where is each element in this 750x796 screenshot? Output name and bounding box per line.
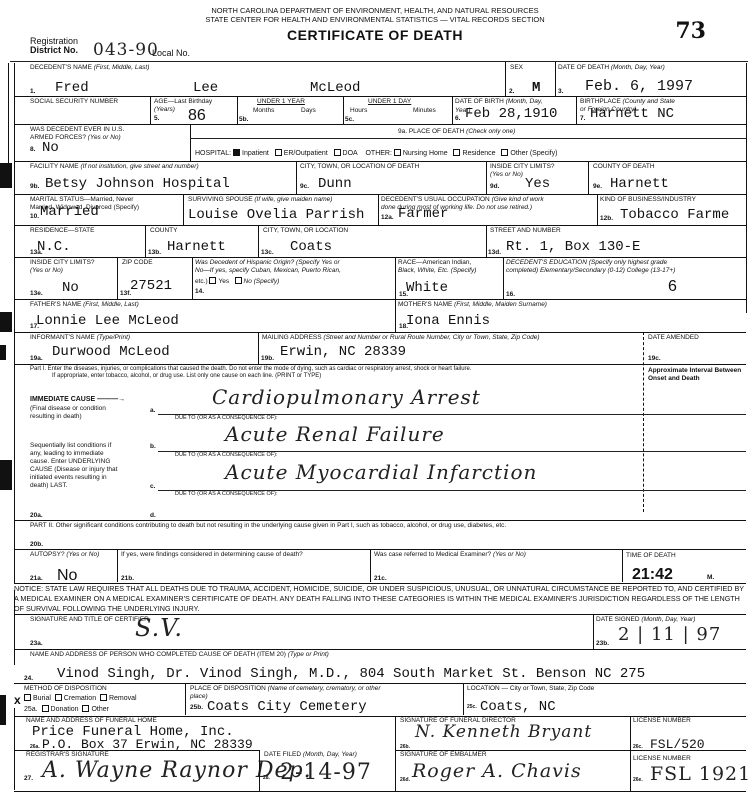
residence-city[interactable]: Coats [290,240,332,255]
age-label: AGE—Last Birthday [154,98,212,106]
birthplace[interactable]: Harnett NC [590,107,674,122]
embalmer-license-label: LICENSE NUMBER [633,755,691,763]
disposition-mark: x [14,693,21,707]
findings-label: If yes, were findings considered in dete… [121,551,303,559]
ssn-label: SOCIAL SECURITY NUMBER [30,98,118,106]
registration-label: Registration District No. [30,37,78,55]
interval-label: Approximate Interval Between Onset and D… [648,367,743,382]
sex-label: SEX [510,64,523,72]
armed-forces-value[interactable]: No [42,141,59,156]
date-signed[interactable]: 2 | 11 | 97 [618,624,721,645]
doa-checkbox[interactable] [334,149,341,156]
decedent-name-label: DECEDENT'S NAME (First, Middle, Last) [30,64,149,72]
donation-checkbox[interactable] [42,705,49,712]
business-label: KIND OF BUSINESS/INDUSTRY [600,196,696,204]
center-line: STATE CENTER FOR HEALTH AND ENVIRONMENTA… [0,15,750,24]
age-value[interactable]: 86 [188,107,206,125]
mailing-address-label: MAILING ADDRESS (Street and Number or Ru… [262,334,540,342]
father-name[interactable]: Lonnie Lee McLeod [36,314,179,329]
place-of-death-label: 9a. PLACE OF DEATH (Check only one) [398,128,515,136]
other-disposition-checkbox[interactable] [82,705,89,712]
cause-a[interactable]: Cardiopulmonary Arrest [212,385,481,409]
decedent-first-name[interactable]: Fred [55,81,89,96]
occupation-label: DECEDENT'S USUAL OCCUPATION (Give kind o… [381,196,544,204]
embalmer-label: SIGNATURE OF EMBALMER [400,751,487,759]
medical-examiner-notice: NOTICE: STATE LAW REQUIRES THAT ALL DEAT… [14,584,748,614]
informant-name[interactable]: Durwood McLeod [52,345,170,360]
decedent-middle-name[interactable]: Lee [193,81,218,96]
funeral-director-signature[interactable]: N. Kenneth Bryant [415,722,592,742]
edge-marker [0,695,6,725]
cause-c[interactable]: Acute Myocardial Infarction [225,460,537,484]
residence-street[interactable]: Rt. 1, Box 130-E [506,240,640,255]
immediate-cause-label: IMMEDIATE CAUSE ———→ [30,396,125,404]
method-of-disposition-label: METHOD OF DISPOSITION [24,685,107,693]
disposition-options-row1: Burial Cremation Removal [24,694,137,703]
dob-label: DATE OF BIRTH (Month, Day, [455,98,542,106]
other-checkbox[interactable] [501,149,508,156]
department-line: NORTH CAROLINA DEPARTMENT OF ENVIRONMENT… [0,6,750,15]
director-license-label: LICENSE NUMBER [633,717,691,725]
kind-of-business[interactable]: Tobacco Farme [620,208,729,223]
residence-county[interactable]: Harnett [167,240,226,255]
informant-address[interactable]: Erwin, NC 28339 [280,345,406,360]
medical-examiner-label: Was case referred to Medical Examiner? (… [374,551,526,559]
residence-checkbox[interactable] [453,149,460,156]
mother-name-label: MOTHER'S NAME (First, Middle, Maiden Sur… [398,301,547,309]
location-label: LOCATION — City or Town, State, Zip Code [467,685,594,693]
disposition-options-row2: 25a. Donation Other [24,705,109,714]
county-of-death-label: COUNTY OF DEATH [593,163,655,171]
certifier-signature[interactable]: S.V. [135,614,183,642]
armed-forces-label: WAS DECEDENT EVER IN U.S. [30,126,124,134]
registrar-signature[interactable]: A. Wayne Raynor Dep. [42,758,312,783]
sex-value[interactable]: M [532,81,540,96]
education[interactable]: 6 [668,278,677,296]
date-signed-label: DATE SIGNED (Month, Day, Year) [596,616,695,624]
autopsy-label: AUTOPSY? (Yes or No) [30,551,99,559]
marital-status[interactable]: Married [40,205,99,220]
date-filed[interactable]: 2-14-97 [280,760,372,785]
edge-marker [0,312,12,332]
facility-name[interactable]: Betsy Johnson Hospital [45,177,230,192]
place-of-death-options: HOSPITAL: Inpatient ER/Outpatient DOA OT… [195,149,557,158]
residence-state-label: RESIDENCE—STATE [30,227,94,235]
time-of-death-label: TIME OF DEATH [626,552,676,560]
residence-zip[interactable]: 27521 [130,279,172,294]
residence-state[interactable]: N.C. [37,240,71,255]
disposition-location[interactable]: Coats, NC [480,700,556,715]
edge-marker [0,460,12,490]
part2-label: PART II. Other significant conditions co… [30,522,506,530]
informant-label: INFORMANT'S NAME (Type/Print) [30,334,130,342]
facility-label: FACILITY NAME (If not institution, give … [30,163,199,171]
burial-checkbox[interactable] [24,694,31,701]
cause-completer[interactable]: Vinod Singh, Dr. Vinod Singh, M.D., 804 … [57,667,645,682]
local-no-label: Local No. [152,48,190,58]
birthplace-label: BIRTHPLACE (County and State [580,98,675,106]
city-of-death-label: CITY, TOWN, OR LOCATION OF DEATH [300,163,419,171]
county-of-death[interactable]: Harnett [610,177,669,192]
place-of-disposition[interactable]: Coats City Cemetery [207,700,367,715]
certifier-signature-label: SIGNATURE AND TITLE OF CERTIFIER [30,616,149,624]
mother-name[interactable]: Iona Ennis [406,314,490,329]
father-name-label: FATHER'S NAME (First, Middle, Last) [30,301,139,309]
place-of-disposition-label: PLACE OF DISPOSITION (Name of cemetery, … [190,685,381,693]
embalmer-license-number[interactable]: FSL 1921 [650,763,750,785]
inpatient-checkbox[interactable] [233,149,240,156]
certificate-number: 73 [675,18,706,44]
time-of-death[interactable]: 21:42 [632,566,673,584]
hispanic-origin-options: etc.) Yes No (Specify) [195,277,279,286]
decedent-last-name[interactable]: McLeod [310,81,360,96]
date-of-death-label: DATE OF DEATH (Month, Day, Year) [558,64,665,72]
nursing-home-checkbox[interactable] [394,149,401,156]
cause-b[interactable]: Acute Renal Failure [225,422,445,446]
surviving-spouse[interactable]: Louise Ovelia Parrish [188,208,364,223]
date-of-death[interactable]: Feb. 6, 1997 [585,79,693,94]
district-number: 043-90 [93,40,159,60]
date-amended-label: DATE AMENDED [648,334,699,342]
hispanic-no-checkbox[interactable] [235,277,242,284]
er-outpatient-checkbox[interactable] [275,149,282,156]
removal-checkbox[interactable] [100,694,107,701]
embalmer-signature[interactable]: Roger A. Chavis [412,760,582,782]
marital-status-label: MARITAL STATUS—Married, Never [30,196,133,204]
completer-label: NAME AND ADDRESS OF PERSON WHO COMPLETED… [30,651,329,659]
spouse-label: SURVIVING SPOUSE (If wife, give maiden n… [188,196,332,204]
hispanic-yes-checkbox[interactable] [209,277,216,284]
race[interactable]: White [406,281,448,296]
date-of-birth[interactable]: Feb 28,1910 [465,107,557,122]
date-filed-label: DATE FILED (Month, Day, Year) [264,751,357,759]
city-of-death[interactable]: Dunn [318,177,352,192]
edge-marker [0,163,12,188]
cremation-checkbox[interactable] [55,694,62,701]
usual-occupation[interactable]: Farmer [398,207,448,222]
death-inside-city-limits[interactable]: Yes [525,177,550,192]
residence-inside-city-limits[interactable]: No [62,281,79,296]
edge-marker [0,345,6,360]
